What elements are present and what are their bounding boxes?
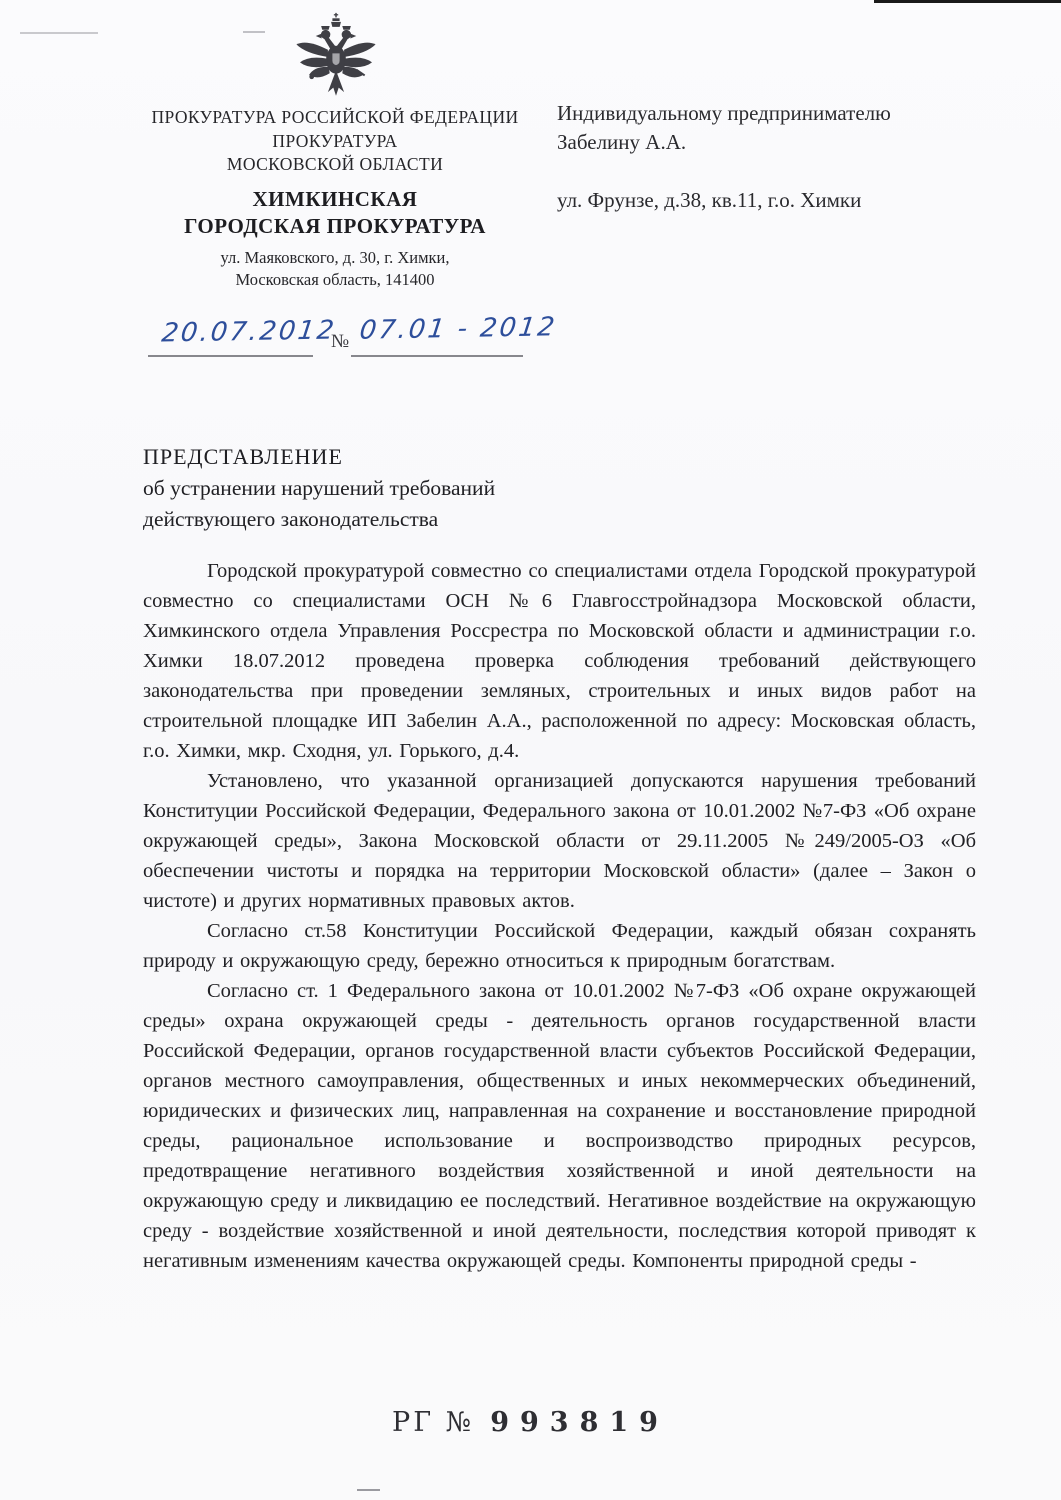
document-subtitle-line: об устранении нарушений требований [143,473,743,504]
body-paragraph: Согласно ст. 1 Федерального закона от 10… [143,976,976,1276]
document-title: ПРЕДСТАВЛЕНИЕ [143,441,743,473]
letterhead-organization: ПРОКУРАТУРА РОССИЙСКОЙ ФЕДЕРАЦИИ ПРОКУРА… [133,106,537,177]
recipient-address: ул. Фрунзе, д.38, кв.11, г.о. Химки [557,186,987,215]
handwritten-outgoing-number: 07.01 - 2012 [358,312,559,345]
letterhead-address: ул. Маяковского, д. 30, г. Химки, Москов… [133,247,537,291]
scan-artifact-line [20,32,98,34]
body-paragraph: Установлено, что указанной организацией … [143,766,976,916]
form-serial-stamp: РГ №993819 [0,1407,1061,1438]
body-paragraph: Согласно ст.58 Конституции Российской Фе… [143,916,976,976]
document-subtitle-line: действующего законодательства [143,504,743,535]
scan-artifact-dash [357,1489,380,1491]
letterhead: ПРОКУРАТУРА РОССИЙСКОЙ ФЕДЕРАЦИИ ПРОКУРА… [133,106,537,291]
scanned-document-page: ПРОКУРАТУРА РОССИЙСКОЙ ФЕДЕРАЦИИ ПРОКУРА… [0,0,1061,1500]
letterhead-address-line: ул. Маяковского, д. 30, г. Химки, [133,247,537,269]
handwritten-date: 20.07.2012 [160,315,338,348]
number-sign-label: № [331,331,349,353]
date-underline [148,355,313,357]
body-paragraph: Городской прокуратурой совместно со спец… [143,556,976,766]
letterhead-line: ПРОКУРАТУРА РОССИЙСКОЙ ФЕДЕРАЦИИ [133,106,537,130]
letterhead-address-line: Московская область, 141400 [133,269,537,291]
recipient-line: Забелину А.А. [557,128,987,157]
recipient-block: Индивидуальному предпринимателю Забелину… [557,99,987,215]
stamp-number: 993819 [490,1407,669,1438]
letterhead-office-line: ГОРОДСКАЯ ПРОКУРАТУРА [133,213,537,240]
letterhead-office-name: ХИМКИНСКАЯ ГОРОДСКАЯ ПРОКУРАТУРА [133,186,537,240]
document-body: Городской прокуратурой совместно со спец… [143,556,976,1276]
document-title-block: ПРЕДСТАВЛЕНИЕ об устранении нарушений тр… [143,441,743,535]
russia-coat-of-arms-icon [291,10,381,104]
stamp-prefix: РГ № [392,1407,474,1438]
scan-artifact-dash [243,31,265,33]
letterhead-line: МОСКОВСКОЙ ОБЛАСТИ [133,153,537,177]
scan-artifact-top-edge [874,0,1061,3]
letterhead-office-line: ХИМКИНСКАЯ [133,186,537,213]
letterhead-line: ПРОКУРАТУРА [133,130,537,154]
number-underline [351,355,523,357]
recipient-line: Индивидуальному предпринимателю [557,99,987,128]
